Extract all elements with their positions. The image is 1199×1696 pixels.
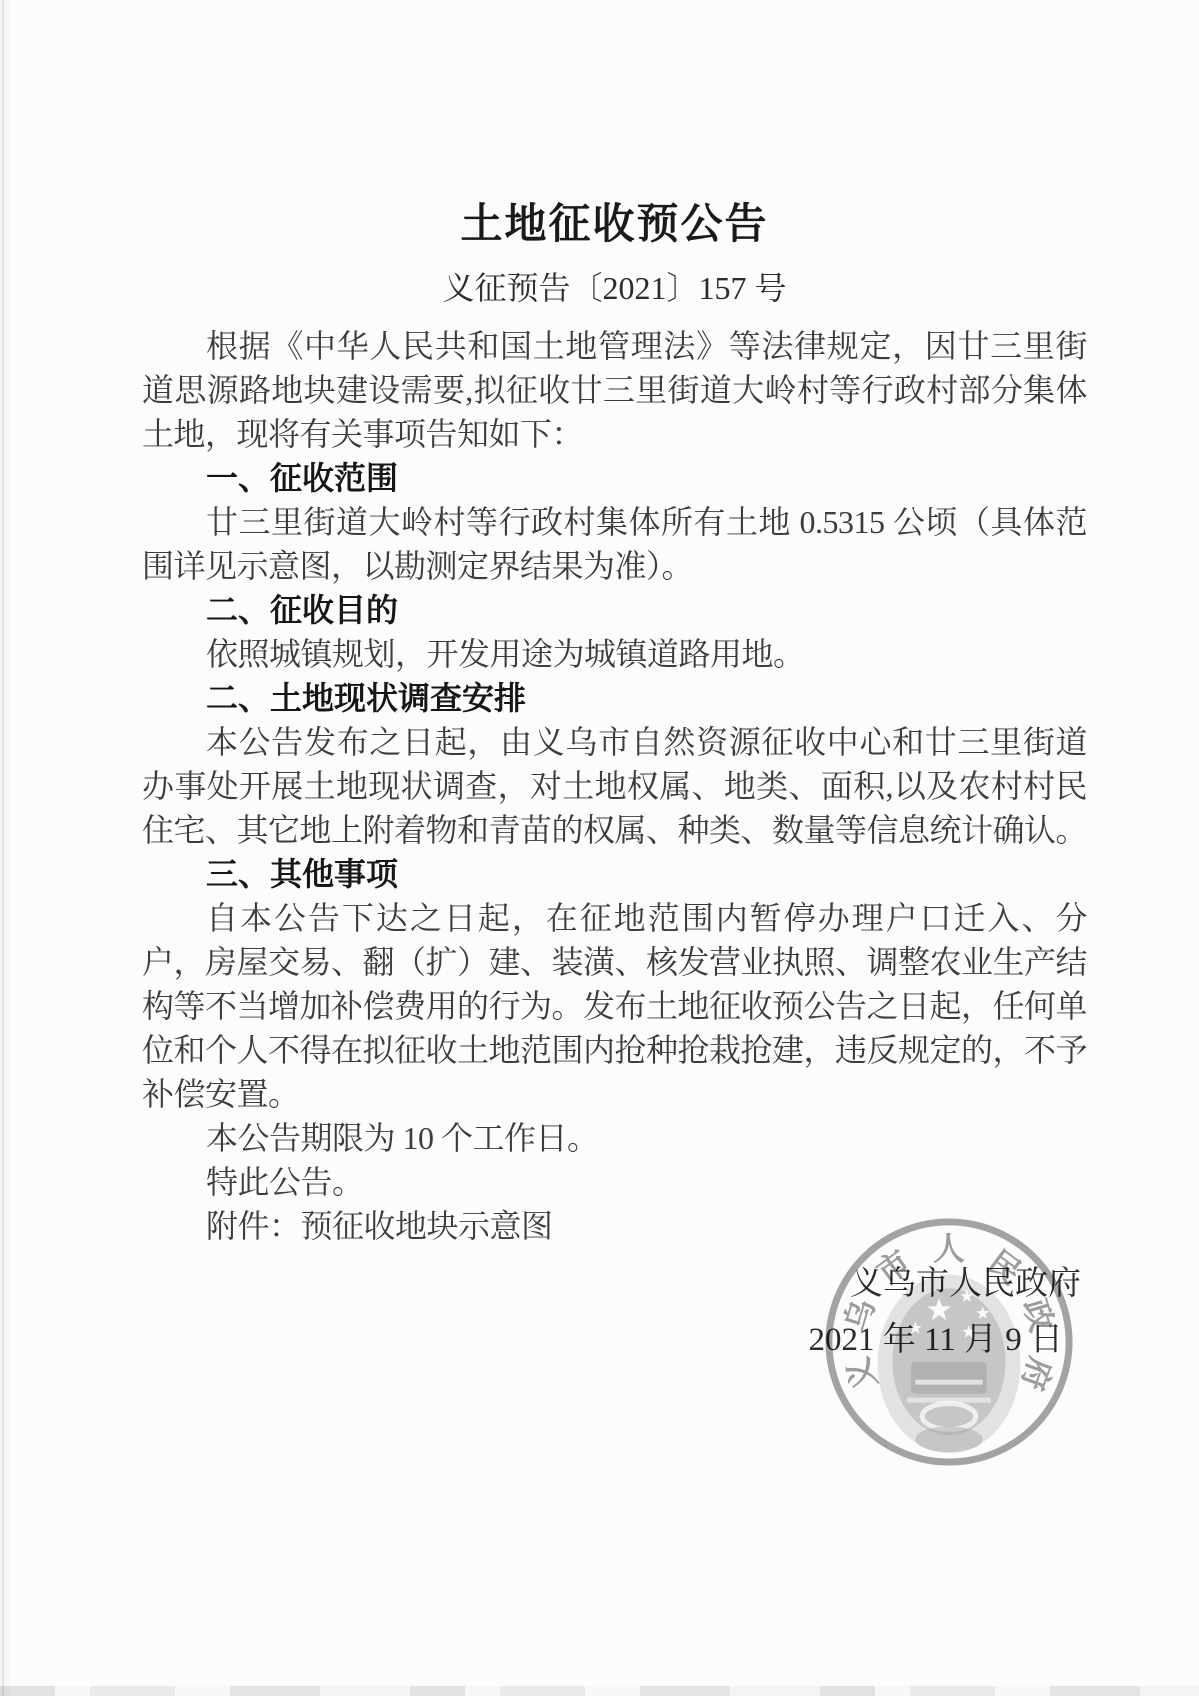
- document-content: 土地征收预公告 义征预告〔2021〕157 号 根据《中华人民共和国土地管理法》…: [142, 200, 1087, 1362]
- issue-date: 2021 年 11 月 9 日: [142, 1318, 1087, 1362]
- section-1-heading: 一、征收范围: [142, 456, 1087, 500]
- issuer-signature: 义乌市人民政府: [142, 1262, 1087, 1306]
- section-4-body: 自本公告下达之日起，在征地范围内暂停办理户口迁入、分户，房屋交易、翻（扩）建、装…: [142, 896, 1087, 1116]
- closing-attachment-line: 附件：预征收地块示意图: [142, 1204, 1087, 1248]
- closing-duration-line: 本公告期限为 10 个工作日。: [142, 1116, 1087, 1160]
- intro-paragraph: 根据《中华人民共和国土地管理法》等法律规定，因廿三里街道思源路地块建设需要,拟征…: [142, 324, 1087, 456]
- section-2-body: 依照城镇规划，开发用途为城镇道路用地。: [142, 632, 1087, 676]
- section-3-body: 本公告发布之日起，由义乌市自然资源征收中心和廿三里街道办事处开展土地现状调查，对…: [142, 720, 1087, 852]
- section-1-body: 廿三里街道大岭村等行政村集体所有土地 0.5315 公顷（具体范围详见示意图，以…: [142, 500, 1087, 588]
- section-3-heading: 二、土地现状调查安排: [142, 676, 1087, 720]
- scan-edge-artifact-bottom: [0, 1686, 1199, 1696]
- scan-edge-artifact-left: [2, 0, 4, 1696]
- scanned-document-page: 土地征收预公告 义征预告〔2021〕157 号 根据《中华人民共和国土地管理法》…: [0, 0, 1199, 1696]
- document-title: 土地征收预公告: [142, 200, 1087, 250]
- section-2-heading: 二、征收目的: [142, 588, 1087, 632]
- section-4-heading: 三、其他事项: [142, 852, 1087, 896]
- closing-hereby-line: 特此公告。: [142, 1160, 1087, 1204]
- document-number: 义征预告〔2021〕157 号: [142, 268, 1087, 308]
